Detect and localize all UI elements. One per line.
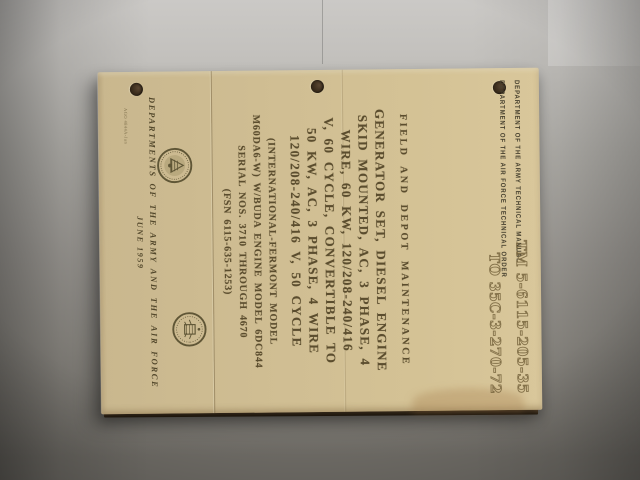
tm-number: TM 5-6115-205-35 — [506, 240, 535, 394]
photo-scene: DEPARTMENT OF THE ARMY TECHNICAL MANUAL … — [0, 0, 640, 480]
footer-imprint: DEPARTMENTS OF THE ARMY AND THE AIR FORC… — [133, 92, 159, 394]
cover-page: DEPARTMENT OF THE ARMY TECHNICAL MANUAL … — [97, 68, 542, 415]
publication-numbers: TM 5-6115-205-35 TO 35C-3-270-72 — [479, 240, 535, 394]
army-seal-icon — [155, 146, 193, 184]
background-highlight — [548, 0, 640, 66]
fold-crease — [210, 71, 215, 413]
background-seam — [322, 0, 323, 64]
air-force-seal-icon — [170, 310, 208, 348]
maintenance-level-line: FIELD AND DEPOT MAINTENANCE — [396, 69, 411, 411]
departments-line: DEPARTMENTS OF THE ARMY AND THE AIR FORC… — [146, 92, 159, 394]
title-line: V, 60 CYCLE, CONVERTIBLE TO — [319, 70, 340, 412]
title-line: 120/208-240/416 V, 50 CYCLE — [285, 70, 306, 412]
subtitle-line: (FSN 6115-635-1253) — [217, 71, 236, 413]
publication-date: JUNE 1959 — [133, 92, 145, 394]
subtitle-line: M60DA6-W) W/BUDA ENGINE MODEL 6DC844 — [247, 71, 266, 413]
print-control-code: AGO 4844A-Jun — [123, 108, 128, 144]
manual-cover: DEPARTMENT OF THE ARMY TECHNICAL MANUAL … — [97, 68, 542, 415]
title-line: SKID MOUNTED, AC, 3 PHASE, 4 — [353, 69, 374, 411]
title-block: FIELD AND DEPOT MAINTENANCE GENERATOR SE… — [217, 69, 411, 413]
subtitle-block: (INTERNATIONAL-FERMONT MODEL M60DA6-W) W… — [217, 70, 281, 413]
to-number: TO 35C-3-270-72 — [479, 240, 508, 394]
